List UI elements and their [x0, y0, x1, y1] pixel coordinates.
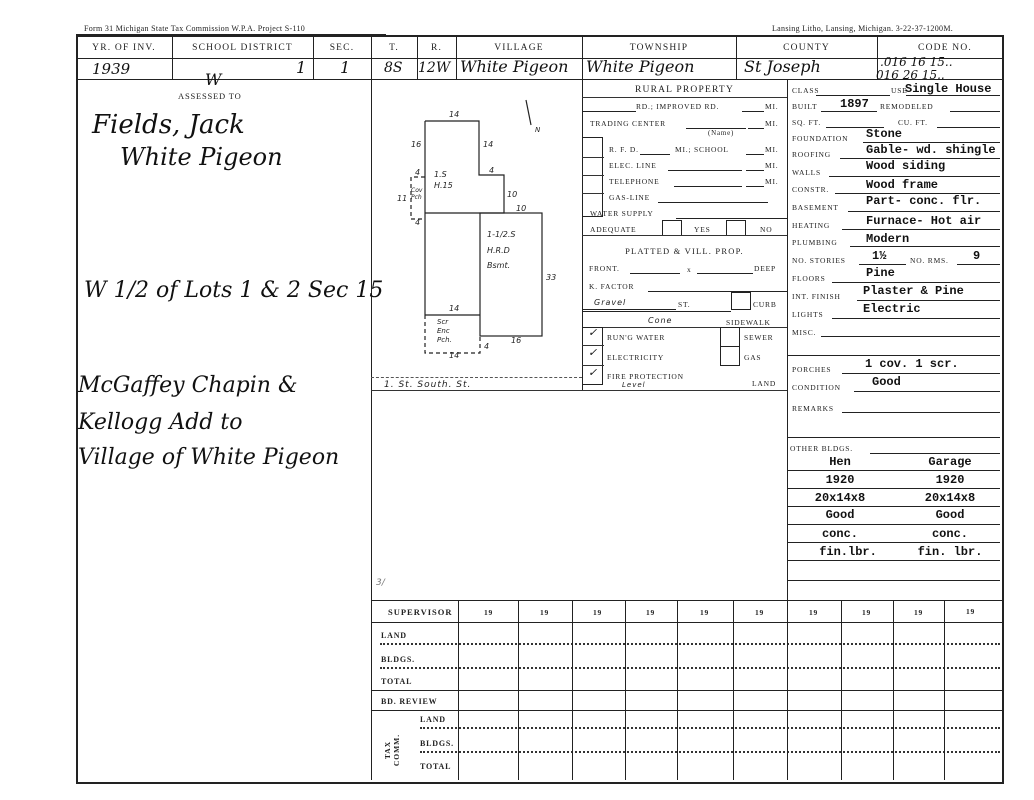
running-water-label: RUN'G WATER [607, 333, 665, 342]
sketch-rear-note-2: H.R.D [487, 246, 510, 255]
other-bldg-2-type[interactable]: Garage [905, 455, 995, 469]
yr-of-inv-label: YR. OF INV. [76, 43, 172, 53]
other-bldg-2-condition[interactable]: Good [905, 508, 995, 522]
built-value[interactable]: 1897 [840, 97, 869, 111]
plumbing-label[interactable]: PLUMBING [792, 238, 838, 247]
no-label: NO [760, 225, 772, 234]
elec-blank [668, 170, 742, 171]
assessment-review-bottom [371, 710, 1002, 711]
cu-ft-label[interactable]: CU. FT. [898, 118, 928, 127]
sketch-scr-porch-3: Pch. [437, 336, 452, 344]
tc-total-label: TOTAL [420, 762, 451, 771]
foundation-value[interactable]: Stone [866, 127, 902, 141]
sec-label: SEC. [313, 43, 371, 53]
curb-checkbox[interactable] [731, 292, 751, 310]
year-col-7[interactable]: 19 [809, 608, 818, 617]
col-divider [313, 35, 314, 79]
sidewalk-bottom [582, 327, 787, 328]
sketch-cov-porch-2: Pch [411, 194, 422, 201]
other-bldg-2-finish[interactable]: fin. lbr. [905, 545, 995, 559]
svg-text:16: 16 [411, 140, 421, 149]
basement-value[interactable]: Part- conc. flr. [866, 194, 981, 208]
int-finish-label[interactable]: INT. FINISH [792, 292, 841, 301]
misc-blank [821, 336, 1000, 337]
constr-label[interactable]: CONSTR. [792, 185, 829, 194]
right-col-divider [787, 79, 788, 600]
condition-label[interactable]: CONDITION [792, 383, 841, 392]
telephone-blank [674, 186, 742, 187]
roofing-value[interactable]: Gable- wd. shingle [866, 143, 996, 157]
condition-blank [854, 391, 1000, 392]
lights-value[interactable]: Electric [863, 302, 921, 316]
township-value[interactable]: White Pigeon [586, 57, 694, 76]
assessed-to-label: ASSESSED TO [178, 91, 242, 101]
supervisor-label: SUPERVISOR [388, 607, 453, 617]
built-blank [821, 111, 877, 112]
svg-text:N: N [535, 126, 541, 134]
col-divider [736, 35, 737, 79]
assessment-col [572, 600, 573, 780]
margin-mark: 3/ [376, 578, 385, 588]
telephone-label[interactable]: TELEPHONE [609, 177, 660, 186]
assessment-col [787, 600, 788, 780]
stories-value[interactable]: 1½ [872, 249, 886, 263]
street-blank [582, 309, 676, 310]
form-number-line: Form 31 Michigan State Tax Commission W.… [84, 24, 305, 33]
st-label: ST. [678, 300, 690, 309]
bd-review-label: BD. REVIEW [381, 697, 437, 706]
adequate-yes-checkbox[interactable] [662, 220, 682, 236]
assessment-supervisor-bottom [371, 690, 1002, 691]
sec-value[interactable]: 1 [340, 58, 350, 77]
rd-improved-label: RD.; IMPROVED RD. [636, 102, 719, 111]
sidewalk-value[interactable]: Cone [648, 316, 672, 325]
sketch-main-note-1: 1.S [434, 170, 447, 179]
sketch-main-note-2: H.15 [434, 181, 453, 190]
other-bldg-1-type[interactable]: Hen [800, 455, 880, 469]
assessment-header-bottom [371, 622, 1002, 623]
rural-divider [582, 97, 787, 98]
year-col-4[interactable]: 19 [646, 608, 655, 617]
total-label: TOTAL [381, 677, 412, 686]
elec-mi-blank [746, 170, 764, 171]
other-bldgs-row-line [787, 506, 1000, 507]
front-blank [630, 273, 680, 274]
svg-text:14: 14 [449, 351, 459, 360]
other-bldgs-line [870, 453, 1000, 454]
running-water-check[interactable]: ✓ [588, 326, 597, 339]
other-bldg-2-year[interactable]: 1920 [905, 473, 995, 487]
sidewalk-label: SIDEWALK [726, 318, 771, 327]
mi-school-label: MI.; SCHOOL [675, 145, 729, 154]
trading-mi-label: MI. [765, 119, 778, 128]
tax-comm-label: TAX COMM. [383, 730, 401, 770]
stories-blank [859, 264, 906, 265]
walls-value[interactable]: Wood siding [866, 159, 945, 173]
front-label[interactable]: FRONT. [589, 264, 620, 273]
gas-checkbox[interactable] [720, 345, 740, 366]
rfd-label[interactable]: R. F. D. [609, 145, 639, 154]
floor-plan-sketch: 14 16 14 4 10 10 33 14 16 4 11 4 14 4 N [371, 95, 582, 395]
land-dotted-line [380, 643, 1000, 645]
tc-bldgs-label: BLDGS. [420, 739, 454, 748]
code-no-value-1[interactable]: .016 16 15.. [880, 55, 953, 69]
sq-ft-label[interactable]: SQ. FT. [792, 118, 821, 127]
sketch-cov-porch-1: Cov [411, 187, 422, 194]
rd-blank [582, 111, 636, 112]
sewer-label: SEWER [744, 333, 773, 342]
sewer-checkbox[interactable] [720, 327, 740, 347]
curb-label: CURB [753, 300, 777, 309]
walls-label[interactable]: WALLS [792, 168, 821, 177]
county-label: COUNTY [736, 43, 877, 53]
village-label: VILLAGE [456, 43, 582, 53]
tc-land-dotted-line [420, 727, 1000, 729]
school-mi-label: MI. [765, 145, 778, 154]
fire-protection-label: FIRE PROTECTION [607, 372, 684, 381]
land-label: LAND [381, 631, 407, 640]
other-bldgs-row-line [787, 560, 1000, 561]
svg-text:14: 14 [449, 110, 459, 119]
assessment-col [944, 600, 945, 780]
trading-mi-blank [748, 128, 764, 129]
r-label: R. [417, 43, 456, 53]
heating-value[interactable]: Furnace- Hot air [866, 214, 981, 228]
foundation-label[interactable]: FOUNDATION [792, 134, 848, 143]
other-bldg-1-size[interactable]: 20x14x8 [800, 491, 880, 505]
svg-text:4: 4 [484, 342, 489, 351]
legal-description-3[interactable]: Kellogg Add to [78, 410, 242, 435]
water-supply-label[interactable]: WATER SUPPLY [590, 209, 654, 218]
svg-text:4: 4 [415, 168, 420, 177]
code-no-label: CODE NO. [890, 43, 1000, 53]
rooms-blank [957, 264, 1000, 265]
floors-value[interactable]: Pine [866, 266, 895, 280]
yr-of-inv-value[interactable]: 1939 [92, 60, 130, 78]
adequate-no-checkbox[interactable] [726, 220, 746, 236]
electricity-label: ELECTRICITY [607, 353, 664, 362]
class-label[interactable]: CLASS [792, 86, 819, 95]
bldgs-dotted-line [380, 667, 1000, 669]
legal-description-4[interactable]: Village of White Pigeon [78, 445, 339, 470]
svg-text:16: 16 [511, 336, 521, 345]
int-finish-blank [857, 300, 1000, 301]
misc-label[interactable]: MISC. [792, 328, 816, 337]
sketch-rear-note-3: Bsmt. [487, 261, 510, 270]
village-value[interactable]: White Pigeon [460, 57, 568, 76]
assessment-col [677, 600, 678, 780]
telephone-mi-blank [746, 186, 764, 187]
adequate-label: ADEQUATE [590, 225, 636, 234]
assessment-col [733, 600, 734, 780]
heating-blank [842, 229, 1000, 230]
svg-text:14: 14 [483, 140, 493, 149]
int-finish-value[interactable]: Plaster & Pine [863, 284, 964, 298]
sketch-scr-porch-2: Enc [437, 327, 450, 335]
st-underline [582, 311, 731, 312]
remodeled-blank [950, 111, 1000, 112]
cb-divider [582, 193, 604, 194]
trading-center-label[interactable]: TRADING CENTER [590, 119, 666, 128]
gas-line-label[interactable]: GAS-LINE [609, 193, 650, 202]
year-col-5[interactable]: 19 [700, 608, 709, 617]
platted-title: PLATTED & VILL. PROP. [582, 246, 787, 256]
year-col-8[interactable]: 19 [862, 608, 871, 617]
use-value[interactable]: Single House [905, 82, 991, 96]
basement-label[interactable]: BASEMENT [792, 203, 839, 212]
land-value[interactable]: Level [622, 381, 646, 389]
lights-label[interactable]: LIGHTS [792, 310, 823, 319]
remarks-label[interactable]: REMARKS [792, 404, 834, 413]
rooms-label[interactable]: NO. RMS. [910, 256, 949, 265]
rd-mi-blank [742, 111, 764, 112]
condition-value[interactable]: Good [872, 375, 901, 389]
legal-description-1[interactable]: W 1/2 of Lots 1 & 2 Sec 15 [84, 278, 383, 303]
other-bldgs-row-line [787, 470, 1000, 471]
other-bldgs-row-line [787, 488, 1000, 489]
legal-description-2[interactable]: McGaffey Chapin & [78, 373, 298, 398]
assessed-name[interactable]: Fields, Jack [92, 110, 245, 140]
assessment-col [625, 600, 626, 780]
floors-blank [832, 282, 1000, 283]
name-hint: (Name) [708, 129, 734, 137]
code-no-value-2[interactable]: 016 26 15.. [876, 68, 945, 82]
stories-label[interactable]: NO. STORIES [792, 256, 846, 265]
cu-ft-blank [937, 127, 1000, 128]
other-bldgs-row-line [787, 524, 1000, 525]
use-blank [906, 95, 1000, 96]
assessment-top [371, 600, 1002, 601]
assessment-col [518, 600, 519, 780]
fire-protection-check[interactable]: ✓ [588, 366, 597, 379]
svg-text:11: 11 [397, 194, 407, 203]
cb-divider [582, 175, 604, 176]
township-label: TOWNSHIP [582, 43, 736, 53]
elec-line-label[interactable]: ELEC. LINE [609, 161, 657, 170]
assessed-location[interactable]: White Pigeon [120, 143, 283, 171]
rural-checkbox-column [582, 137, 603, 217]
svg-text:4: 4 [489, 166, 494, 175]
school-district-value[interactable]: 1 [296, 58, 306, 77]
water-supply-blank [676, 218, 787, 219]
other-bldg-1-finish[interactable]: fin.lbr. [808, 545, 888, 559]
svg-text:10: 10 [516, 204, 526, 213]
sketch-street: 1. St. South. St. [384, 380, 471, 390]
front-x: x [687, 265, 692, 274]
yes-label: YES [694, 225, 711, 234]
sketch-rear-note-1: 1-1/2.S [487, 230, 515, 239]
other-bldg-1-condition[interactable]: Good [800, 508, 880, 522]
basement-blank [848, 211, 1000, 212]
svg-text:4: 4 [415, 218, 420, 227]
cb-divider [582, 157, 604, 158]
other-bldgs-row-line [787, 580, 1000, 581]
year-col-1[interactable]: 19 [484, 608, 493, 617]
floors-label[interactable]: FLOORS [792, 274, 826, 283]
remarks-blank-2 [787, 437, 1000, 438]
t-label: T. [371, 43, 417, 53]
plumbing-value[interactable]: Modern [866, 232, 909, 246]
electricity-check[interactable]: ✓ [588, 346, 597, 359]
assessment-col [841, 600, 842, 780]
k-factor-blank [648, 291, 787, 292]
walls-blank [829, 176, 1000, 177]
roofing-label[interactable]: ROOFING [792, 150, 831, 159]
tc-bldgs-dotted-line [420, 751, 1000, 753]
plumbing-blank [850, 246, 1000, 247]
t-value[interactable]: 8S [384, 60, 403, 76]
bldgs-label: BLDGS. [381, 655, 415, 664]
gas-line-blank [658, 202, 768, 203]
printer-line: Lansing Litho, Lansing, Michigan. 3-22-3… [772, 24, 953, 33]
elec-mi-label: MI. [765, 161, 778, 170]
school-district-mark: W [205, 70, 221, 89]
street-value[interactable]: Gravel [594, 298, 626, 307]
rooms-value[interactable]: 9 [973, 249, 980, 263]
year-col-9[interactable]: 19 [914, 608, 923, 617]
k-factor-label[interactable]: K. FACTOR [589, 282, 634, 291]
r-value[interactable]: 12W [418, 60, 450, 76]
year-col-10[interactable]: 19 [966, 607, 975, 616]
assessment-col [893, 600, 894, 780]
misc-blank-2 [787, 355, 1000, 356]
tc-land-label: LAND [420, 715, 446, 724]
county-value[interactable]: St Joseph [744, 57, 821, 76]
assessment-col [458, 600, 459, 780]
porches-label[interactable]: PORCHES [792, 365, 831, 374]
year-col-3[interactable]: 19 [593, 608, 602, 617]
svg-text:10: 10 [507, 190, 517, 199]
other-bldg-1-year[interactable]: 1920 [800, 473, 880, 487]
svg-text:33: 33 [546, 273, 556, 282]
other-bldg-1-foundation[interactable]: conc. [800, 527, 880, 541]
other-bldg-2-foundation[interactable]: conc. [905, 527, 995, 541]
school-blank [746, 154, 764, 155]
rfd-blank [640, 154, 670, 155]
porches-blank [842, 373, 1000, 374]
built-label[interactable]: BUILT [792, 102, 817, 111]
rural-bottom [582, 235, 787, 236]
other-bldgs-row-line [787, 542, 1000, 543]
other-bldg-2-size[interactable]: 20x14x8 [905, 491, 995, 505]
lights-blank [832, 318, 1000, 319]
col-divider [456, 35, 457, 79]
rd-mi-label: MI. [765, 102, 778, 111]
rural-property-title: RURAL PROPERTY [582, 85, 787, 95]
year-col-2[interactable]: 19 [540, 608, 549, 617]
school-district-label: SCHOOL DISTRICT [172, 43, 313, 53]
telephone-mi-label: MI. [765, 177, 778, 186]
porches-value[interactable]: 1 cov. 1 scr. [865, 357, 959, 371]
constr-value[interactable]: Wood frame [866, 178, 938, 192]
heating-label[interactable]: HEATING [792, 221, 830, 230]
land-label: LAND [752, 379, 776, 388]
class-blank [816, 95, 890, 96]
year-col-6[interactable]: 19 [755, 608, 764, 617]
svg-text:14: 14 [449, 304, 459, 313]
other-bldgs-label: OTHER BLDGS. [790, 444, 853, 453]
remodeled-label[interactable]: REMODELED [880, 102, 933, 111]
sketch-scr-porch-1: Scr [437, 318, 448, 326]
deep-blank [697, 273, 753, 274]
gas-label: GAS [744, 353, 761, 362]
remarks-blank [842, 412, 1000, 413]
col-divider [172, 35, 173, 79]
deep-label: DEEP [754, 264, 776, 273]
